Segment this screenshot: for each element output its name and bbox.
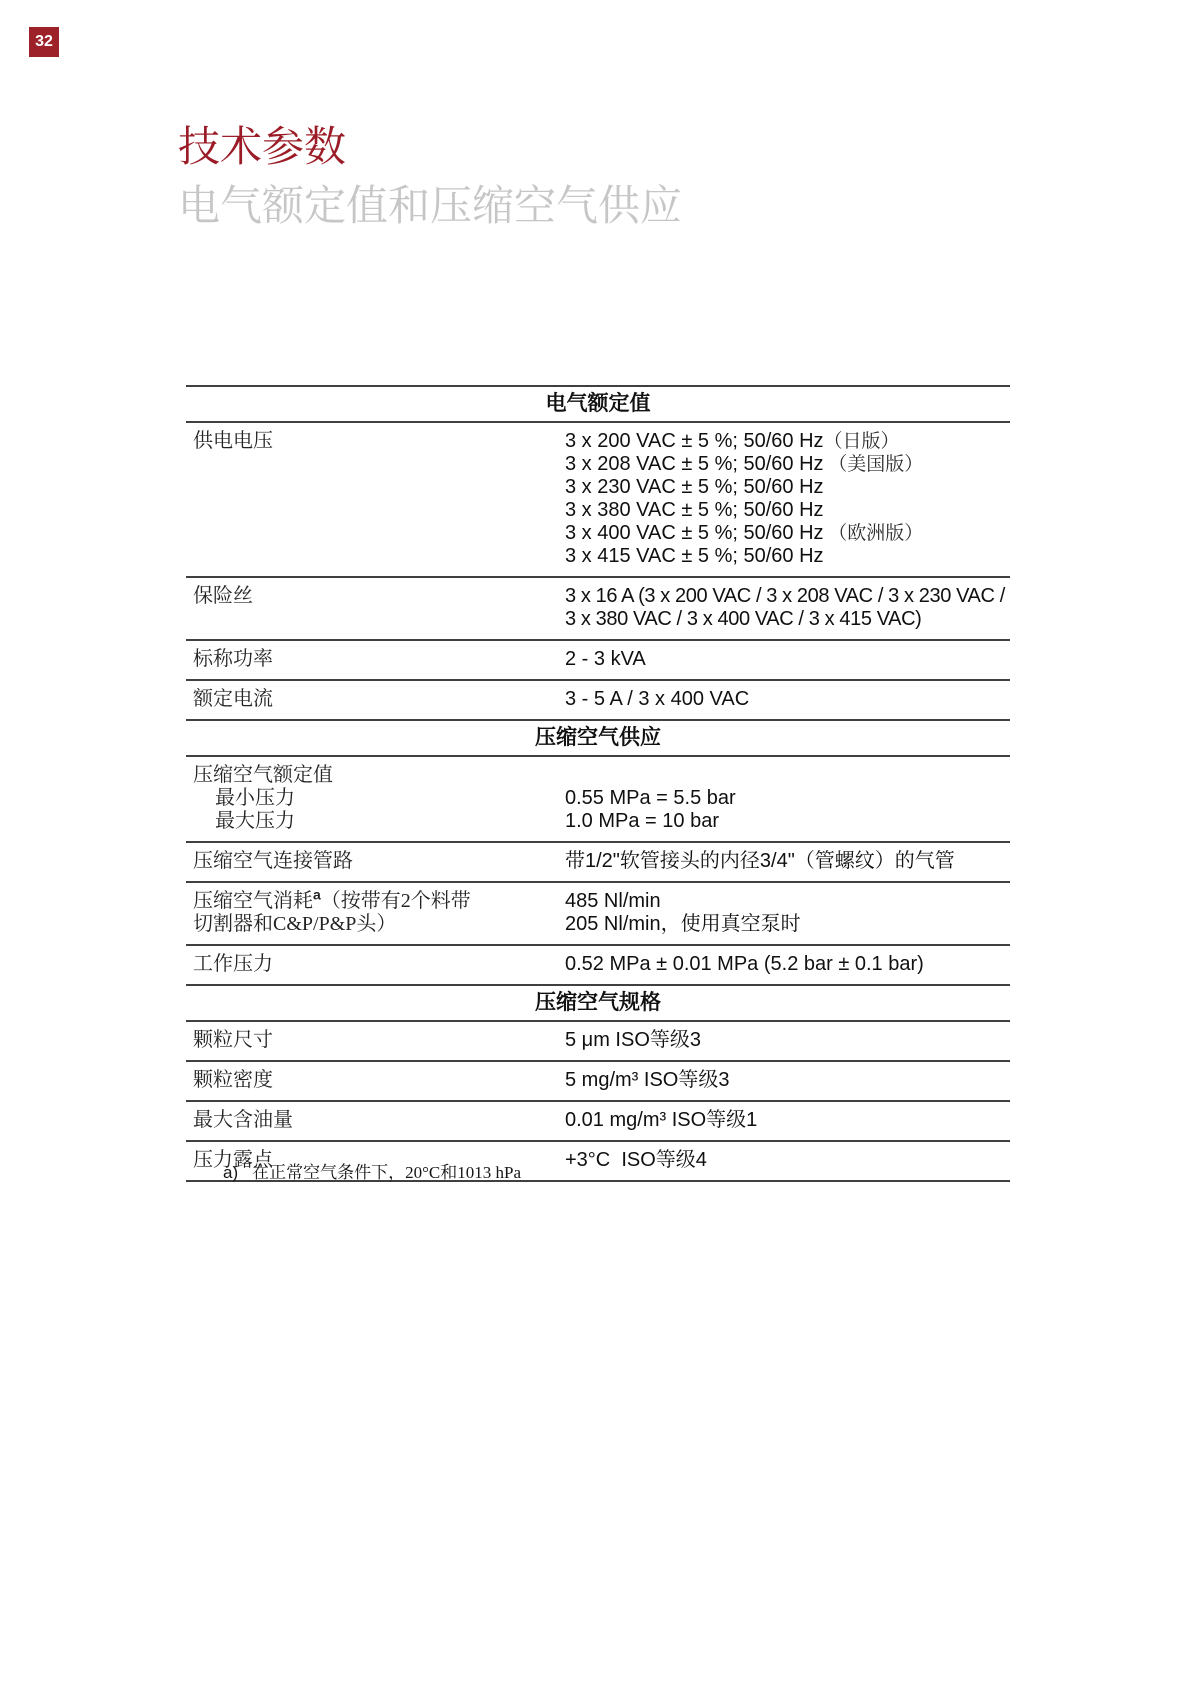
row-value-line: 485 Nl/min bbox=[565, 890, 1010, 913]
table-row-particle-density: 颗粒密度 5 mg/m³ ISO等级3 bbox=[186, 1060, 1010, 1100]
footnote-ref-a: a bbox=[313, 886, 321, 902]
page-subtitle: 电气额定值和压缩空气供应 bbox=[178, 184, 682, 230]
row-value-line: 3 x 230 VAC ± 5 %; 50/60 Hz bbox=[565, 476, 1010, 499]
row-value-line: 1.0 MPa = 10 bar bbox=[565, 810, 1010, 833]
page-number-badge: 32 bbox=[29, 27, 59, 57]
row-label: 压缩空气额定值 bbox=[193, 764, 565, 787]
row-value: 5 μm ISO等级3 bbox=[565, 1029, 1010, 1052]
row-value-line bbox=[565, 764, 1010, 787]
row-value-line: 3 x 415 VAC ± 5 %; 50/60 Hz bbox=[565, 545, 1010, 568]
row-label: 压缩空气消耗a（按带有2个料带 bbox=[193, 890, 565, 913]
row-value-line: 3 x 16 A (3 x 200 VAC / 3 x 208 VAC / 3 … bbox=[565, 585, 1010, 608]
row-label: 标称功率 bbox=[193, 648, 565, 671]
table-row-max-oil-content: 最大含油量 0.01 mg/m³ ISO等级1 bbox=[186, 1100, 1010, 1140]
row-value: 2 - 3 kVA bbox=[565, 648, 1010, 671]
footnote: a) 在正常空气条件下，20°C和1013 hPa bbox=[223, 1162, 521, 1184]
row-label: 供电电压 bbox=[193, 430, 565, 453]
row-label: 颗粒尺寸 bbox=[193, 1029, 565, 1052]
spec-table: 电气额定值 供电电压 3 x 200 VAC ± 5 %; 50/60 Hz（日… bbox=[186, 385, 1010, 1182]
row-value: 0.52 MPa ± 0.01 MPa (5.2 bar ± 0.1 bar) bbox=[565, 953, 1010, 976]
row-value: +3°C ISO等级4 bbox=[565, 1149, 1010, 1172]
row-value-line: 3 x 208 VAC ± 5 %; 50/60 Hz （美国版） bbox=[565, 453, 1010, 476]
row-sublabel-min: 最小压力 bbox=[193, 787, 565, 810]
row-value: 带1/2"软管接头的内径3/4"（管螺纹）的气管 bbox=[565, 850, 1010, 873]
row-label: 保险丝 bbox=[193, 585, 565, 608]
table-row-air-rating: 压缩空气额定值 最小压力 最大压力 0.55 MPa = 5.5 bar 1.0… bbox=[186, 755, 1010, 841]
row-value-line: 3 x 200 VAC ± 5 %; 50/60 Hz（日版） bbox=[565, 430, 1010, 453]
row-label: 额定电流 bbox=[193, 688, 565, 711]
table-row-nominal-power: 标称功率 2 - 3 kVA bbox=[186, 639, 1010, 679]
row-value-line: 3 x 380 VAC ± 5 %; 50/60 Hz bbox=[565, 499, 1010, 522]
row-value: 0.01 mg/m³ ISO等级1 bbox=[565, 1109, 1010, 1132]
page-title: 技术参数 bbox=[178, 125, 346, 171]
table-row-rated-current: 额定电流 3 - 5 A / 3 x 400 VAC bbox=[186, 679, 1010, 719]
row-value-line: 3 x 380 VAC / 3 x 400 VAC / 3 x 415 VAC) bbox=[565, 608, 1010, 631]
row-value: 5 mg/m³ ISO等级3 bbox=[565, 1069, 1010, 1092]
row-label-line2: 切割器和C&P/P&P头） bbox=[193, 913, 565, 936]
table-row-air-connection: 压缩空气连接管路 带1/2"软管接头的内径3/4"（管螺纹）的气管 bbox=[186, 841, 1010, 881]
footnote-marker: a) bbox=[223, 1162, 238, 1184]
row-label: 工作压力 bbox=[193, 953, 565, 976]
page-number: 32 bbox=[35, 33, 53, 51]
section-header-electrical: 电气额定值 bbox=[186, 385, 1010, 421]
section-header-air-supply: 压缩空气供应 bbox=[186, 719, 1010, 755]
row-value: 3 - 5 A / 3 x 400 VAC bbox=[565, 688, 1010, 711]
row-label: 最大含油量 bbox=[193, 1109, 565, 1132]
row-label: 颗粒密度 bbox=[193, 1069, 565, 1092]
row-value-line: 3 x 400 VAC ± 5 %; 50/60 Hz （欧洲版） bbox=[565, 522, 1010, 545]
table-row-fuse: 保险丝 3 x 16 A (3 x 200 VAC / 3 x 208 VAC … bbox=[186, 576, 1010, 639]
row-value-line: 0.55 MPa = 5.5 bar bbox=[565, 787, 1010, 810]
row-label: 压缩空气连接管路 bbox=[193, 850, 565, 873]
footnote-text: 在正常空气条件下，20°C和1013 hPa bbox=[252, 1162, 521, 1184]
row-value-line: 205 Nl/min，使用真空泵时 bbox=[565, 913, 1010, 936]
row-sublabel-max: 最大压力 bbox=[193, 810, 565, 833]
document-page: 32 技术参数 电气额定值和压缩空气供应 电气额定值 供电电压 3 x 200 … bbox=[0, 0, 1191, 1684]
section-header-air-spec: 压缩空气规格 bbox=[186, 984, 1010, 1020]
table-row-working-pressure: 工作压力 0.52 MPa ± 0.01 MPa (5.2 bar ± 0.1 … bbox=[186, 944, 1010, 984]
table-row-air-consumption: 压缩空气消耗a（按带有2个料带 切割器和C&P/P&P头） 485 Nl/min… bbox=[186, 881, 1010, 944]
table-row-particle-size: 颗粒尺寸 5 μm ISO等级3 bbox=[186, 1020, 1010, 1060]
table-row-supply-voltage: 供电电压 3 x 200 VAC ± 5 %; 50/60 Hz（日版） 3 x… bbox=[186, 421, 1010, 576]
